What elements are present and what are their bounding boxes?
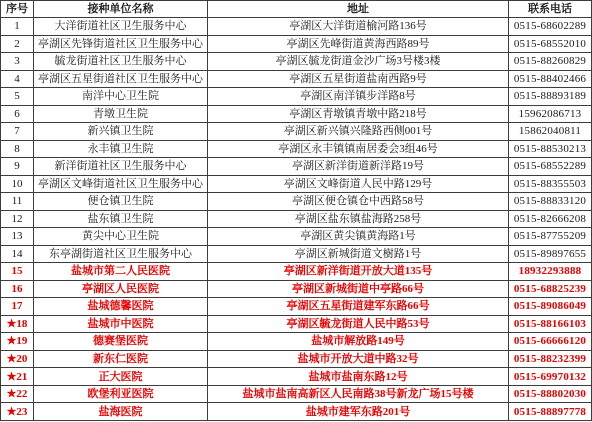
unit-name: 永丰镇卫生院 xyxy=(34,140,208,158)
unit-address: 盐城市盐南东路12号 xyxy=(208,368,509,386)
unit-address: 亭湖区便仓镇仓中西路58号 xyxy=(208,193,509,211)
unit-phone: 0515-88893189 xyxy=(509,88,592,106)
row-serial-no: 1 xyxy=(1,18,34,36)
unit-name: 大洋街道社区卫生服务中心 xyxy=(34,18,208,36)
unit-phone: 0515-88166103 xyxy=(509,315,592,333)
table-row: 6青墩卫生院亭湖区青墩镇青墩中路218号15962086713 xyxy=(1,105,592,123)
table-row: 2亭湖区先锋街道社区卫生服务中心亭湖区先峰街道黄海西路89号0515-68552… xyxy=(1,35,592,53)
unit-address: 盐城市开放大道中路32号 xyxy=(208,350,509,368)
unit-address: 盐城市解放路149号 xyxy=(208,333,509,351)
table-row: 5南洋中心卫生院亭湖区南洋镇步洋路8号0515-88893189 xyxy=(1,88,592,106)
table-row: 3毓龙街道社区卫生服务中心亭湖区毓龙街道金沙广场3号楼3楼0515-882608… xyxy=(1,53,592,71)
row-serial-no: 17 xyxy=(1,298,34,316)
unit-address: 亭湖区先峰街道黄海西路89号 xyxy=(208,35,509,53)
unit-phone: 0515-88897778 xyxy=(509,403,592,421)
row-serial-no: 7 xyxy=(1,123,34,141)
table-row: ★19德赛堡医院盐城市解放路149号0515-66666120 xyxy=(1,333,592,351)
unit-address: 亭湖区大洋街道榆河路136号 xyxy=(208,18,509,36)
unit-address: 亭湖区新城街道文樹路1号 xyxy=(208,245,509,263)
unit-address: 亭湖区毓龙街道人民中路53号 xyxy=(208,315,509,333)
table-row: 15盐城市第二人民医院亭湖区新洋街道开放大道135号18932293888 xyxy=(1,263,592,281)
unit-address: 亭湖区永丰镇镇南居委会3组46号 xyxy=(208,140,509,158)
unit-phone: 18932293888 xyxy=(509,263,592,281)
unit-name: 亭湖区文峰街道社区卫生服务中心 xyxy=(34,175,208,193)
row-serial-no: 16 xyxy=(1,280,34,298)
row-serial-no: 8 xyxy=(1,140,34,158)
row-serial-no: 5 xyxy=(1,88,34,106)
table-row: ★23盐海医院盐城市建军东路201号0515-88897778 xyxy=(1,403,592,421)
row-serial-no: 3 xyxy=(1,53,34,71)
unit-name: 盐城市中医院 xyxy=(34,315,208,333)
row-serial-no: ★23 xyxy=(1,403,34,421)
table-row: 8永丰镇卫生院亭湖区永丰镇镇南居委会3组46号0515-88530213 xyxy=(1,140,592,158)
col-header-unit-name: 接种单位名称 xyxy=(34,1,208,18)
unit-phone: 0515-88530213 xyxy=(509,140,592,158)
table-row: 12盐东镇卫生院亭湖区盐东镇盐海路258号0515-82666208 xyxy=(1,210,592,228)
unit-phone: 0515-66666120 xyxy=(509,333,592,351)
row-serial-no: 2 xyxy=(1,35,34,53)
unit-name: 德赛堡医院 xyxy=(34,333,208,351)
unit-name: 亭湖区五星街道社区卫生服务中心 xyxy=(34,70,208,88)
row-serial-no: 14 xyxy=(1,245,34,263)
unit-phone: 0515-88232399 xyxy=(509,350,592,368)
unit-address: 亭湖区文峰街道人民中路129号 xyxy=(208,175,509,193)
row-serial-no: ★21 xyxy=(1,368,34,386)
table-row: 16亭湖区人民医院亭湖区新城街道中亭路66号0515-68825239 xyxy=(1,280,592,298)
table-row: 11便仓镇卫生院亭湖区便仓镇仓中西路58号0515-88833120 xyxy=(1,193,592,211)
unit-address: 亭湖区五星街道建军东路66号 xyxy=(208,298,509,316)
col-header-serial-no: 序号 xyxy=(1,1,34,18)
table-body: 1大洋街道社区卫生服务中心亭湖区大洋街道榆河路136号0515-68602289… xyxy=(1,18,592,421)
unit-name: 盐东镇卫生院 xyxy=(34,210,208,228)
row-serial-no: ★20 xyxy=(1,350,34,368)
unit-name: 便仓镇卫生院 xyxy=(34,193,208,211)
table-row: 17盐城德馨医院亭湖区五星街道建军东路66号0515-89086049 xyxy=(1,298,592,316)
unit-name: 欧堡利亚医院 xyxy=(34,385,208,403)
unit-phone: 0515-88802030 xyxy=(509,385,592,403)
unit-phone: 0515-69970132 xyxy=(509,368,592,386)
table-row: ★21正大医院盐城市盐南东路12号0515-69970132 xyxy=(1,368,592,386)
unit-name: 南洋中心卫生院 xyxy=(34,88,208,106)
header-row: 序号 接种单位名称 地址 联系电话 xyxy=(1,1,592,18)
unit-address: 盐城市盐南高新区人民南路38号新龙广场15号楼 xyxy=(208,385,509,403)
table-row: 7新兴镇卫生院亭湖区新兴镇兴隆路西侧001号15862040811 xyxy=(1,123,592,141)
col-header-phone: 联系电话 xyxy=(509,1,592,18)
vaccination-units-table: 序号 接种单位名称 地址 联系电话 1大洋街道社区卫生服务中心亭湖区大洋街道榆河… xyxy=(0,0,592,421)
unit-phone: 0515-89086049 xyxy=(509,298,592,316)
row-serial-no: 15 xyxy=(1,263,34,281)
unit-phone: 0515-88355503 xyxy=(509,175,592,193)
table-row: 9新洋街道社区卫生服务中心亭湖区新洋街道新洋路19号0515-68552289 xyxy=(1,158,592,176)
row-serial-no: 11 xyxy=(1,193,34,211)
row-serial-no: ★19 xyxy=(1,333,34,351)
unit-address: 亭湖区新城街道中亭路66号 xyxy=(208,280,509,298)
unit-name: 亭湖区人民医院 xyxy=(34,280,208,298)
table-row: ★22欧堡利亚医院盐城市盐南高新区人民南路38号新龙广场15号楼0515-888… xyxy=(1,385,592,403)
unit-phone: 15862040811 xyxy=(509,123,592,141)
row-serial-no: 12 xyxy=(1,210,34,228)
row-serial-no: 13 xyxy=(1,228,34,246)
row-serial-no: 9 xyxy=(1,158,34,176)
table-row: 1大洋街道社区卫生服务中心亭湖区大洋街道榆河路136号0515-68602289 xyxy=(1,18,592,36)
unit-phone: 0515-88402466 xyxy=(509,70,592,88)
table-row: 4亭湖区五星街道社区卫生服务中心亭湖区五星街道盐南西路9号0515-884024… xyxy=(1,70,592,88)
row-serial-no: ★18 xyxy=(1,315,34,333)
unit-phone: 0515-68552289 xyxy=(509,158,592,176)
vaccination-units-table-wrap: 序号 接种单位名称 地址 联系电话 1大洋街道社区卫生服务中心亭湖区大洋街道榆河… xyxy=(0,0,592,422)
unit-phone: 0515-68825239 xyxy=(509,280,592,298)
unit-phone: 0515-82666208 xyxy=(509,210,592,228)
unit-address: 亭湖区毓龙街道金沙广场3号楼3楼 xyxy=(208,53,509,71)
unit-name: 黄尖中心卫生院 xyxy=(34,228,208,246)
unit-phone: 0515-68552010 xyxy=(509,35,592,53)
table-row: ★18盐城市中医院亭湖区毓龙街道人民中路53号0515-88166103 xyxy=(1,315,592,333)
table-row: 13黄尖中心卫生院亭湖区黄尖镇黄海路1号0515-87755209 xyxy=(1,228,592,246)
unit-name: 新东仁医院 xyxy=(34,350,208,368)
unit-address: 亭湖区青墩镇青墩中路218号 xyxy=(208,105,509,123)
unit-name: 新兴镇卫生院 xyxy=(34,123,208,141)
unit-phone: 0515-87755209 xyxy=(509,228,592,246)
unit-address: 亭湖区黄尖镇黄海路1号 xyxy=(208,228,509,246)
row-serial-no: ★22 xyxy=(1,385,34,403)
unit-phone: 0515-88260829 xyxy=(509,53,592,71)
unit-phone: 0515-68602289 xyxy=(509,18,592,36)
unit-name: 盐城市第二人民医院 xyxy=(34,263,208,281)
unit-address: 盐城市建军东路201号 xyxy=(208,403,509,421)
row-serial-no: 6 xyxy=(1,105,34,123)
unit-name: 青墩卫生院 xyxy=(34,105,208,123)
unit-address: 亭湖区南洋镇步洋路8号 xyxy=(208,88,509,106)
unit-name: 亭湖区先锋街道社区卫生服务中心 xyxy=(34,35,208,53)
unit-phone: 15962086713 xyxy=(509,105,592,123)
unit-address: 亭湖区新洋街道开放大道135号 xyxy=(208,263,509,281)
unit-phone: 0515-89897655 xyxy=(509,245,592,263)
unit-name: 盐海医院 xyxy=(34,403,208,421)
unit-name: 盐城德馨医院 xyxy=(34,298,208,316)
table-row: ★20新东仁医院盐城市开放大道中路32号0515-88232399 xyxy=(1,350,592,368)
col-header-address: 地址 xyxy=(208,1,509,18)
unit-name: 正大医院 xyxy=(34,368,208,386)
table-row: 10亭湖区文峰街道社区卫生服务中心亭湖区文峰街道人民中路129号0515-883… xyxy=(1,175,592,193)
unit-name: 新洋街道社区卫生服务中心 xyxy=(34,158,208,176)
row-serial-no: 4 xyxy=(1,70,34,88)
table-row: 14东亭湖街道社区卫生服务中心亭湖区新城街道文樹路1号0515-89897655 xyxy=(1,245,592,263)
unit-address: 亭湖区新洋街道新洋路19号 xyxy=(208,158,509,176)
unit-phone: 0515-88833120 xyxy=(509,193,592,211)
row-serial-no: 10 xyxy=(1,175,34,193)
unit-name: 东亭湖街道社区卫生服务中心 xyxy=(34,245,208,263)
unit-address: 亭湖区盐东镇盐海路258号 xyxy=(208,210,509,228)
unit-name: 毓龙街道社区卫生服务中心 xyxy=(34,53,208,71)
unit-address: 亭湖区新兴镇兴隆路西侧001号 xyxy=(208,123,509,141)
unit-address: 亭湖区五星街道盐南西路9号 xyxy=(208,70,509,88)
